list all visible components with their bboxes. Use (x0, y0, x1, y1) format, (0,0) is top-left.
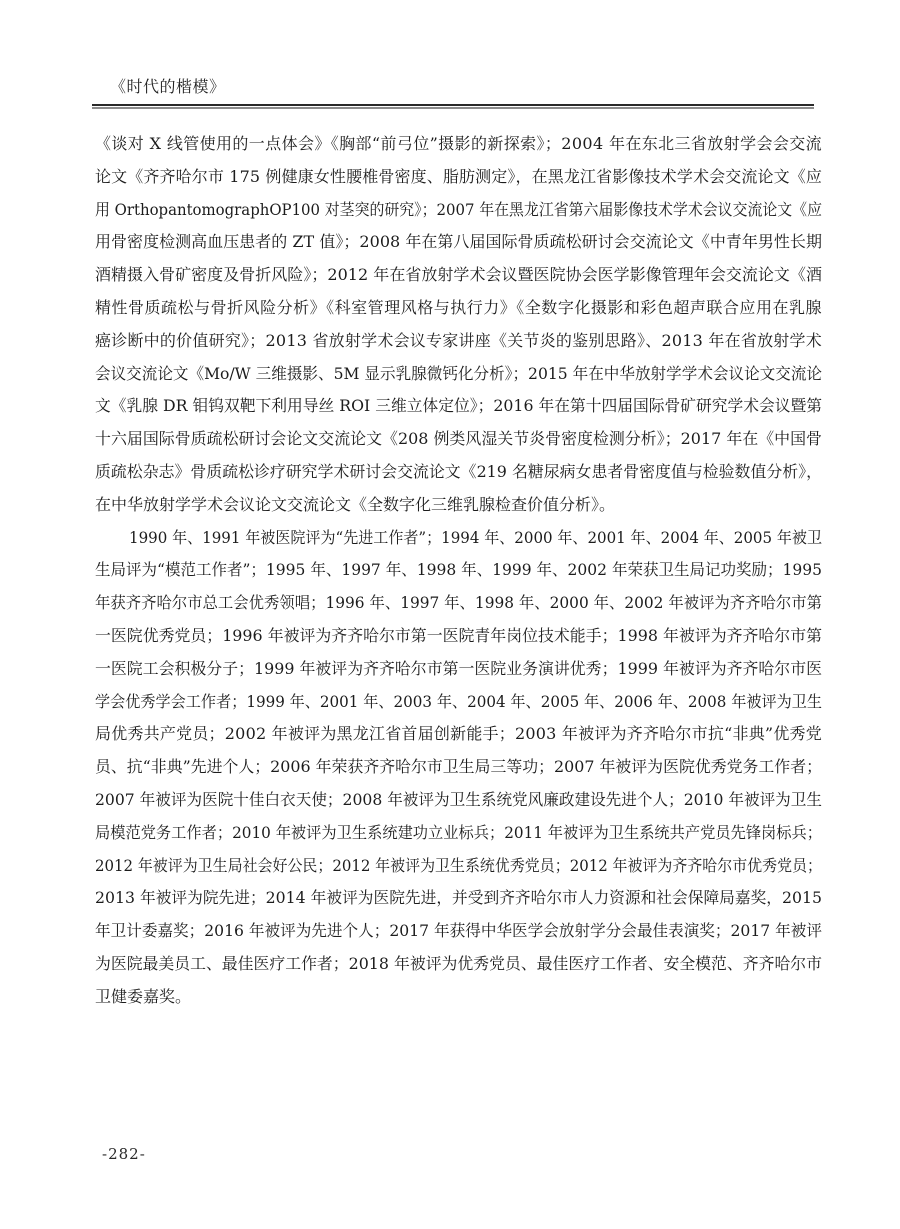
header-rule-bottom-line (92, 107, 814, 109)
text-line: 文《乳腺 DR 钼钨双靶下利用导丝 ROI 三维立体定位》；2016 年在第十四… (95, 390, 822, 423)
document-page: 《时代的楷模》 《谈对 X 线管使用的一点体会》《胸部“前弓位”摄影的新探索》；… (0, 0, 900, 1229)
text-line: 精性骨质疏松与骨折风险分析》《科室管理风格与执行力》《全数字化摄影和彩色超声联合… (95, 292, 822, 325)
text-line: 酒精摄入骨矿密度及骨折风险》；2012 年在省放射学术会议暨医院协会医学影像管理… (95, 259, 822, 292)
text-line: 一医院优秀党员；1996 年被评为齐齐哈尔市第一医院青年岗位技术能手；1998 … (95, 620, 822, 653)
text-line: 会议交流论文《Mo/W 三维摄影、5M 显示乳腺微钙化分析》；2015 年在中华… (95, 358, 822, 391)
text-line: 论文《齐齐哈尔市 175 例健康女性腰椎骨密度、脂肪测定》，在黑龙江省影像技术学… (95, 161, 822, 194)
text-line: 十六届国际骨质疏松研讨会论文交流论文《208 例类风湿关节炎骨密度检测分析》；2… (95, 423, 822, 456)
text-line: 2012 年被评为卫生局社会好公民；2012 年被评为卫生系统优秀党员；2012… (95, 850, 822, 883)
page-number: -282- (102, 1145, 146, 1163)
text-line: 癌诊断中的价值研究》；2013 省放射学术会议专家讲座《关节炎的鉴别思路》、20… (95, 325, 822, 358)
text-line: 2013 年被评为院先进；2014 年被评为医院先进，并受到齐齐哈尔市人力资源和… (95, 882, 822, 915)
text-line: 2007 年被评为医院十佳白衣天使；2008 年被评为卫生系统党风廉政建设先进个… (95, 784, 822, 817)
header-title: 《时代的楷模》 (110, 74, 226, 97)
text-line: 年卫计委嘉奖；2016 年被评为先进个人；2017 年获得中华医学会放射学分会最… (95, 915, 822, 948)
text-line: 质疏松杂志》骨质疏松诊疗研究学术研讨会交流论文《219 名糖尿病女患者骨密度值与… (95, 456, 822, 489)
paragraph: 1990 年、1991 年被医院评为“先进工作者”；1994 年、2000 年、… (95, 522, 822, 1014)
header-rule (92, 104, 814, 109)
text-line: 为医院最美员工、最佳医疗工作者；2018 年被评为优秀党员、最佳医疗工作者、安全… (95, 948, 822, 981)
text-line: 学会优秀学会工作者；1999 年、2001 年、2003 年、2004 年、20… (95, 686, 822, 719)
text-line: 一医院工会积极分子；1999 年被评为齐齐哈尔市第一医院业务演讲优秀；1999 … (95, 653, 822, 686)
paragraph: 《谈对 X 线管使用的一点体会》《胸部“前弓位”摄影的新探索》；2004 年在东… (95, 128, 822, 522)
text-line: 1990 年、1991 年被医院评为“先进工作者”；1994 年、2000 年、… (95, 522, 822, 555)
text-line: 员、抗“非典”先进个人；2006 年荣获齐齐哈尔市卫生局三等功；2007 年被评… (95, 751, 822, 784)
text-line: 局优秀共产党员；2002 年被评为黑龙江省首届创新能手；2003 年被评为齐齐哈… (95, 718, 822, 751)
text-line: 年获齐齐哈尔市总工会优秀领唱；1996 年、1997 年、1998 年、2000… (95, 587, 822, 620)
text-line: 在中华放射学学术会议论文交流论文《全数字化三维乳腺检查价值分析》。 (95, 489, 822, 522)
text-line: 卫健委嘉奖。 (95, 981, 822, 1014)
text-line: 生局评为“模范工作者”；1995 年、1997 年、1998 年、1999 年、… (95, 554, 822, 587)
text-line: 用骨密度检测高血压患者的 ZT 值》；2008 年在第八届国际骨质疏松研讨会交流… (95, 226, 822, 259)
text-line: 局模范党务工作者；2010 年被评为卫生系统建功立业标兵；2011 年被评为卫生… (95, 817, 822, 850)
text-line: 用 OrthopantomographOP100 对茎突的研究》；2007 年在… (95, 194, 822, 227)
header-rule-top-line (92, 104, 814, 106)
body-text: 《谈对 X 线管使用的一点体会》《胸部“前弓位”摄影的新探索》；2004 年在东… (95, 128, 822, 1014)
text-line: 《谈对 X 线管使用的一点体会》《胸部“前弓位”摄影的新探索》；2004 年在东… (95, 128, 822, 161)
